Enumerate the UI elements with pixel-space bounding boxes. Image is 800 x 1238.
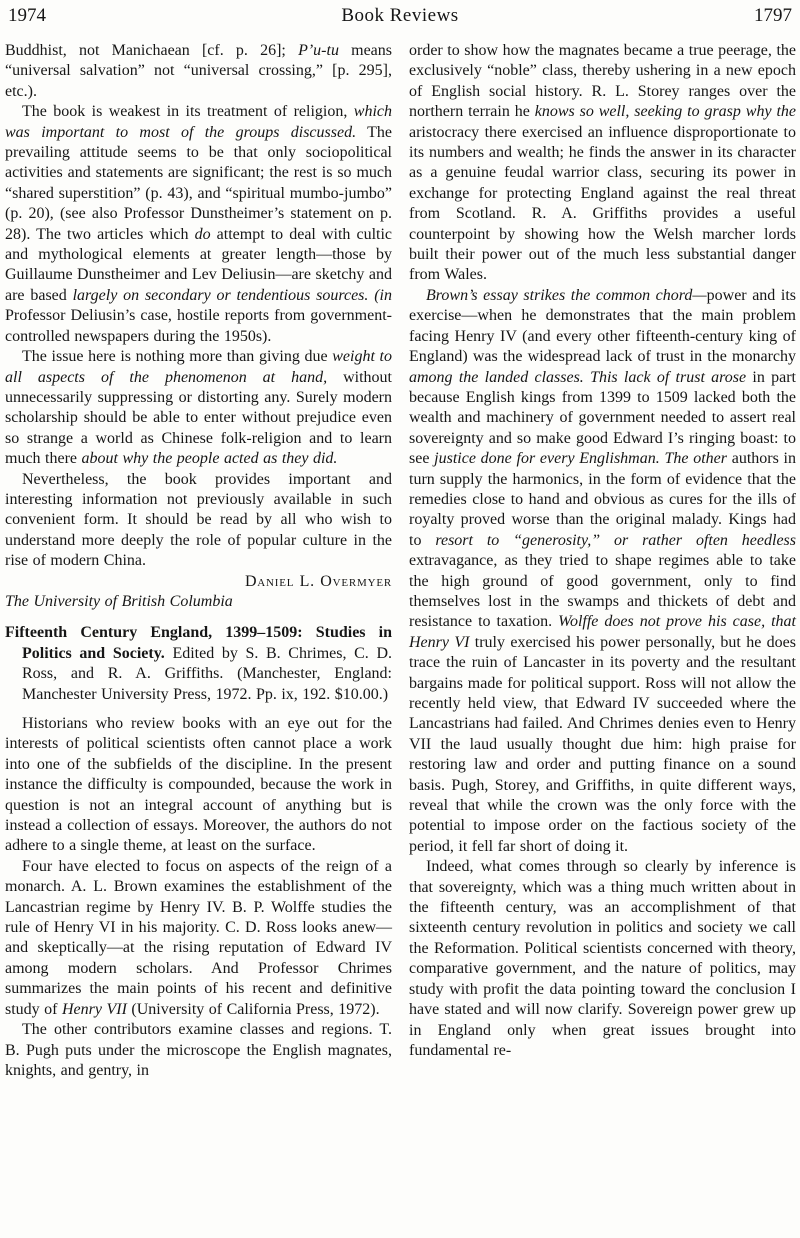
- text-run: about why the people acted as they did.: [82, 450, 338, 467]
- page-number-left: 1974: [8, 5, 341, 27]
- text-run: Buddhist, not Manichaean [cf. p. 26];: [5, 42, 298, 59]
- text-run: largely on secondary or tendentious sour…: [73, 287, 392, 304]
- text-run: The University of British Columbia: [5, 593, 233, 610]
- paragraph: Nevertheless, the book provides importan…: [5, 470, 392, 572]
- reviewer-name: Daniel L. Overmyer: [5, 572, 392, 592]
- paragraph: The issue here is nothing more than givi…: [5, 347, 392, 469]
- text-run: knows so well, seeking to grasp why the: [535, 103, 796, 120]
- text-run: resort to “generosity,” or rather often …: [435, 532, 796, 549]
- text-run: truly exercised his power personally, bu…: [409, 634, 796, 855]
- text-run: P’u-tu: [298, 42, 339, 59]
- paragraph-continuation: order to show how the magnates became a …: [409, 41, 796, 286]
- text-run: do: [195, 226, 211, 243]
- paragraph: The other contributors examine classes a…: [5, 1020, 392, 1081]
- text-run: (University of California Press, 1972).: [127, 1001, 380, 1018]
- text-run: The other contributors examine classes a…: [5, 1021, 392, 1079]
- text-run: justice done for every Englishman. The o…: [434, 450, 727, 467]
- text-run: Four have elected to focus on aspects of…: [5, 858, 392, 1018]
- text-run: Henry VII: [62, 1001, 127, 1018]
- text-run: Professor Deliusin’s case, hostile repor…: [5, 307, 392, 344]
- reviewer-affiliation: The University of British Columbia: [5, 592, 392, 612]
- text-run: Nevertheless, the book provides importan…: [5, 471, 392, 570]
- text-run: Brown’s essay strikes the common chord—: [426, 287, 707, 304]
- paragraph: The book is weakest in its treatment of …: [5, 102, 392, 347]
- page-header: 1974 Book Reviews 1797: [0, 0, 800, 27]
- left-column: Buddhist, not Manichaean [cf. p. 26]; P’…: [5, 41, 392, 1081]
- journal-page: 1974 Book Reviews 1797 Buddhist, not Man…: [0, 0, 800, 1238]
- text-run: The book is weakest in its treatment of …: [22, 103, 354, 120]
- page-number-right: 1797: [459, 5, 792, 27]
- text-run: aristocracy there exercised an influence…: [409, 124, 796, 284]
- text-run: among the landed classes. This lack of t…: [409, 369, 746, 386]
- text-run: Historians who review books with an eye …: [5, 715, 392, 854]
- book-citation: Fifteenth Century England, 1399–1509: St…: [5, 623, 392, 705]
- two-column-layout: Buddhist, not Manichaean [cf. p. 26]; P’…: [0, 27, 800, 1081]
- paragraph: Indeed, what comes through so clearly by…: [409, 857, 796, 1061]
- paragraph: Brown’s essay strikes the common chord—p…: [409, 286, 796, 857]
- text-run: Daniel L. Overmyer: [245, 573, 392, 590]
- paragraph: Four have elected to focus on aspects of…: [5, 857, 392, 1020]
- paragraph: Historians who review books with an eye …: [5, 714, 392, 857]
- text-run: The issue here is nothing more than givi…: [22, 348, 332, 365]
- section-title: Book Reviews: [341, 5, 458, 27]
- text-run: Indeed, what comes through so clearly by…: [409, 858, 796, 1059]
- right-column: order to show how the magnates became a …: [409, 41, 796, 1081]
- paragraph-continuation: Buddhist, not Manichaean [cf. p. 26]; P’…: [5, 41, 392, 102]
